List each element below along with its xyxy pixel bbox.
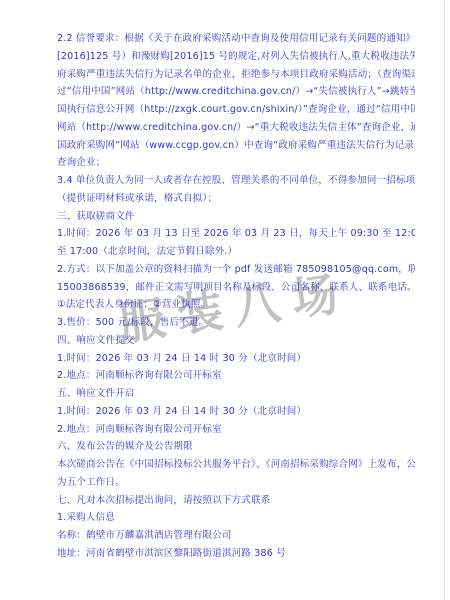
text-line: 六、发布公告的媒介及公告期限 <box>57 438 415 456</box>
text-line: 1.采购人信息 <box>57 509 415 527</box>
text-line: 四、响应文件提交 <box>57 332 415 350</box>
text-line: 查询企业； <box>57 154 415 172</box>
text-line: 地址：河南省鹤壁市淇滨区黎阳路街道淇河路 386 号 <box>57 545 415 563</box>
text-line: 3.售价：500 元/标段，售后不退。 <box>57 314 415 332</box>
text-line: 15003868539，邮件正文需写明项目名称及标段、公司名称、联系人、联系电话… <box>57 279 415 297</box>
text-line: 2.方式：以下加盖公章的资料扫描为一个 pdf 发送邮箱 785098105@q… <box>57 261 415 279</box>
text-line: 五、响应文件开启 <box>57 385 415 403</box>
text-line: 1.时间：2026 年 03 月 24 日 14 时 30 分（北京时间） <box>57 350 415 368</box>
text-line: 七、凡对本次招标提出询问，请按照以下方式联系 <box>57 492 415 510</box>
text-line: [2016]125 号）和豫财购[2016]15 号的规定,对列入失信被执行人,… <box>57 48 415 66</box>
page-edge-line <box>444 0 445 600</box>
text-line: 2.地点：河南顺标咨询有限公司开标室 <box>57 421 415 439</box>
text-line: 国执行信息公开网（http://zxgk.court.gov.cn/shixin… <box>57 101 415 119</box>
text-line: 国政府采购网”网站（www.ccgp.gov.cn）中查询“政府采购严重违法失信… <box>57 137 415 155</box>
text-line: 至 17:00（北京时间，法定节假日除外.） <box>57 243 415 261</box>
text-line: 3.4 单位负责人为同一人或者存在控股、管理关系的不同单位，不得参加同一招标项目… <box>57 172 415 190</box>
text-line: 网站（http://www.creditchina.gov.cn/）→“重大税收… <box>57 119 415 137</box>
text-line: 2.2 信誉要求：根据《关于在政府采购活动中查询及使用信用记录有关问题的通知》（… <box>57 30 415 48</box>
text-line: 名称：鹤壁市万麟嘉淇酒店管理有限公司 <box>57 527 415 545</box>
text-line: 为五个工作日。 <box>57 474 415 492</box>
text-line: 府采购严重违法失信行为记录名单的企业，拒绝参与本项目政府采购活动；（查询渠道:通 <box>57 66 415 84</box>
text-line: 1.时间：2026 年 03 月 24 日 14 时 30 分（北京时间） <box>57 403 415 421</box>
text-line: 2.地点：河南顺标咨询有限公司开标室 <box>57 367 415 385</box>
text-line: 1.时间：2026 年 03 月 13 日至 2026 年 03 月 23 日，… <box>57 225 415 243</box>
document-page[interactable]: 服装八场 2.2 信誉要求：根据《关于在政府采购活动中查询及使用信用记录有关问题… <box>0 0 450 600</box>
text-line: （提供证明材料或承诺，格式自拟）； <box>57 190 415 208</box>
text-line: 三、获取磋商文件 <box>57 208 415 226</box>
text-line: 本次磋商公告在《中国招标投标公共服务平台》、《河南招标采购综合网》上发布，公告期… <box>57 456 415 474</box>
document-body: 2.2 信誉要求：根据《关于在政府采购活动中查询及使用信用记录有关问题的通知》（… <box>57 30 415 563</box>
text-line: 过“信用中国”网站（http://www.creditchina.gov.cn/… <box>57 83 415 101</box>
text-line: ①法定代表人身份证；②营业执照。 <box>57 296 415 314</box>
